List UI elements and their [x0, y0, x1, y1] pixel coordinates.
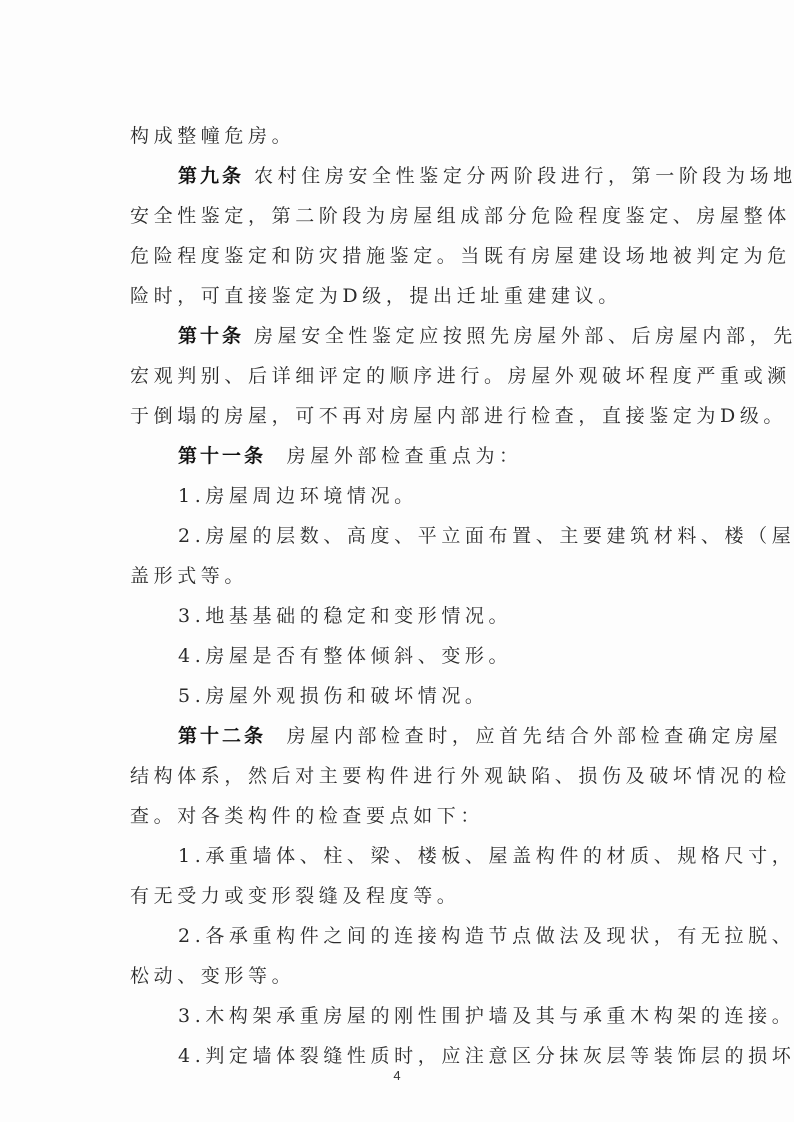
text-line: 第十二条 房屋内部检查时，应首先结合外部检查确定房屋 — [130, 716, 694, 756]
line-text: 5.房屋外观损伤和破坏情况。 — [178, 685, 489, 707]
text-line: 宏观判别、后详细评定的顺序进行。房屋外观破坏程度严重或濒 — [130, 356, 694, 396]
text-line: 第十条房屋安全性鉴定应按照先房屋外部、后房屋内部，先 — [130, 316, 694, 356]
text-line: 有无受力或变形裂缝及程度等。 — [130, 876, 694, 916]
text-line: 3.地基基础的稳定和变形情况。 — [130, 596, 694, 636]
article-heading: 第九条 — [178, 165, 244, 187]
line-text: 宏观判别、后详细评定的顺序进行。房屋外观破坏程度严重或濒 — [130, 365, 791, 387]
line-text: 3.地基基础的稳定和变形情况。 — [178, 605, 512, 627]
line-text: 盖形式等。 — [130, 565, 248, 587]
line-text: 2.各承重构件之间的连接构造节点做法及现状，有无拉脱、 — [178, 925, 794, 947]
line-text: 松动、变形等。 — [130, 965, 295, 987]
article-heading: 第十条 — [178, 325, 244, 347]
text-line: 5.房屋外观损伤和破坏情况。 — [130, 676, 694, 716]
text-line: 3.木构架承重房屋的刚性围护墙及其与承重木构架的连接。 — [130, 996, 694, 1036]
line-text: 结构体系，然后对主要构件进行外观缺陷、损伤及破坏情况的检 — [130, 765, 791, 787]
text-line: 1.承重墙体、柱、梁、楼板、屋盖构件的材质、规格尺寸， — [130, 836, 694, 876]
text-line: 危险程度鉴定和防灾措施鉴定。当既有房屋建设场地被判定为危 — [130, 236, 694, 276]
text-line: 安全性鉴定，第二阶段为房屋组成部分危险程度鉴定、房屋整体 — [130, 196, 694, 236]
page-number: 4 — [0, 1068, 794, 1083]
line-text: 1.房屋周边环境情况。 — [178, 485, 418, 507]
line-text: 有无受力或变形裂缝及程度等。 — [130, 885, 460, 907]
text-line: 2.各承重构件之间的连接构造节点做法及现状，有无拉脱、 — [130, 916, 694, 956]
article-heading: 第十二条 — [178, 725, 266, 747]
line-text: 1.承重墙体、柱、梁、楼板、屋盖构件的材质、规格尺寸， — [178, 845, 794, 867]
line-text: 查。对各类构件的检查要点如下： — [130, 805, 484, 827]
line-text: 3.木构架承重房屋的刚性围护墙及其与承重木构架的连接。 — [178, 1005, 794, 1027]
text-line: 于倒塌的房屋，可不再对房屋内部进行检查，直接鉴定为D级。 — [130, 396, 694, 436]
line-text: 房屋外部检查重点为： — [276, 445, 523, 467]
document-body: 构成整幢危房。 第九条农村住房安全性鉴定分两阶段进行，第一阶段为场地 安全性鉴定… — [130, 116, 694, 1076]
line-text: 构成整幢危房。 — [130, 125, 295, 147]
line-text: 4.判定墙体裂缝性质时，应注意区分抹灰层等装饰层的损坏 — [178, 1045, 794, 1067]
text-line: 第九条农村住房安全性鉴定分两阶段进行，第一阶段为场地 — [130, 156, 694, 196]
text-line: 第十一条 房屋外部检查重点为： — [130, 436, 694, 476]
line-text: 安全性鉴定，第二阶段为房屋组成部分危险程度鉴定、房屋整体 — [130, 205, 791, 227]
line-text: 危险程度鉴定和防灾措施鉴定。当既有房屋建设场地被判定为危 — [130, 245, 791, 267]
line-text: 农村住房安全性鉴定分两阶段进行，第一阶段为场地 — [254, 165, 794, 187]
text-line: 盖形式等。 — [130, 556, 694, 596]
text-line: 查。对各类构件的检查要点如下： — [130, 796, 694, 836]
text-line: 险时，可直接鉴定为D级，提出迁址重建建议。 — [130, 276, 694, 316]
line-text: 险时，可直接鉴定为D级，提出迁址重建建议。 — [130, 285, 622, 307]
line-text: 房屋内部检查时，应首先结合外部检查确定房屋 — [276, 725, 782, 747]
text-line: 4.房屋是否有整体倾斜、变形。 — [130, 636, 694, 676]
line-text: 2.房屋的层数、高度、平立面布置、主要建筑材料、楼（屋） — [178, 525, 794, 547]
text-line: 结构体系，然后对主要构件进行外观缺陷、损伤及破坏情况的检 — [130, 756, 694, 796]
line-text: 于倒塌的房屋，可不再对房屋内部进行检查，直接鉴定为D级。 — [130, 405, 787, 427]
text-line: 构成整幢危房。 — [130, 116, 694, 156]
text-line: 2.房屋的层数、高度、平立面布置、主要建筑材料、楼（屋） — [130, 516, 694, 556]
line-text: 房屋安全性鉴定应按照先房屋外部、后房屋内部，先 — [254, 325, 794, 347]
line-text: 4.房屋是否有整体倾斜、变形。 — [178, 645, 512, 667]
article-heading: 第十一条 — [178, 445, 266, 467]
text-line: 松动、变形等。 — [130, 956, 694, 996]
text-line: 1.房屋周边环境情况。 — [130, 476, 694, 516]
